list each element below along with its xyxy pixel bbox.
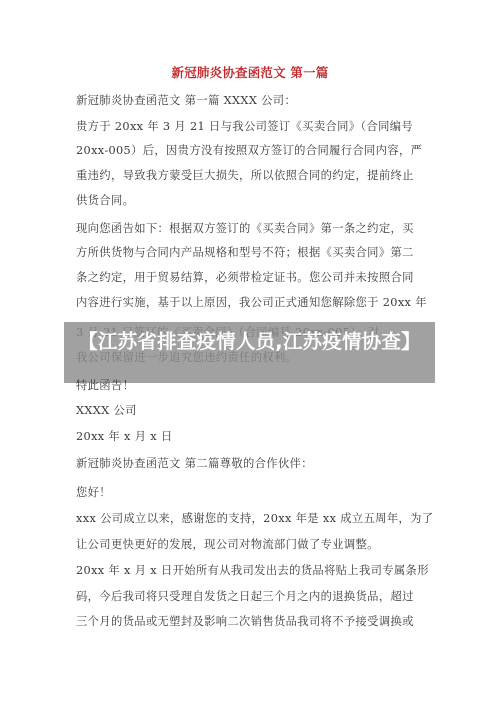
- closing-line: 特此函告！: [76, 378, 436, 394]
- body-line: 让公司更快更好的发展，现公司对物流部门做了专业调整。: [76, 537, 436, 553]
- overlay-headline: 【江苏省排查疫情人员,江苏疫情协查】: [64, 330, 435, 354]
- body-line: 供货合同。: [76, 193, 436, 209]
- body-line: xxx 公司成立以来，感谢您的支持，20xx 年是 xx 成立五周年，为了: [76, 511, 436, 527]
- body-line: 三个月的货品或无塑封及影响二次销售货品我司将不予接受调换或: [76, 614, 436, 630]
- body-line: 条之约定，用于贸易结算，必须带检定证书。您公司并未按照合同: [76, 270, 436, 286]
- document-page: 新冠肺炎协查函范文 第一篇 新冠肺炎协查函范文 第一篇 XXXX 公司： 贵方于…: [0, 0, 500, 706]
- body-line: 重违约，导致我方蒙受巨大损失，所以依照合同的约定，提前终止: [76, 168, 436, 184]
- salutation-line: 新冠肺炎协查函范文 第一篇 XXXX 公司：: [76, 93, 436, 109]
- section-heading-line: 新冠肺炎协查函范文 第二篇尊敬的合作伙伴：: [76, 456, 436, 472]
- body-line: 码，今后我司将只受理自发货之日起三个月之内的退换货品，超过: [76, 589, 436, 605]
- body-line: 内容进行实施，基于以上原因，我公司正式通知您解除您于 20xx 年: [76, 295, 436, 311]
- body-line: 方所供货物与合同内产品规格和型号不符；根据《买卖合同》第二: [76, 245, 436, 261]
- greeting-line: 您好！: [76, 485, 436, 501]
- body-line: 20xx 年 x 月 x 日开始所有从我司发出去的货品将贴上我司专属条形: [76, 563, 436, 579]
- body-line: 贵方于 20xx 年 3 月 21 日与我公司签订《买卖合同》（合同编号: [76, 119, 436, 135]
- signature-date: 20xx 年 x 月 x 日: [76, 429, 436, 445]
- body-line: 现向您函告如下：根据双方签订的《买卖合同》第一条之约定，买: [76, 221, 436, 237]
- headline-overlay-banner: 【江苏省排查疫情人员,江苏疫情协查】: [64, 322, 435, 383]
- signature-company: XXXX 公司: [76, 403, 436, 419]
- document-title: 新冠肺炎协查函范文 第一篇: [0, 63, 500, 81]
- body-line: 20xx-005）后，因贵方没有按照双方签订的合同履行合同内容，严: [76, 143, 436, 159]
